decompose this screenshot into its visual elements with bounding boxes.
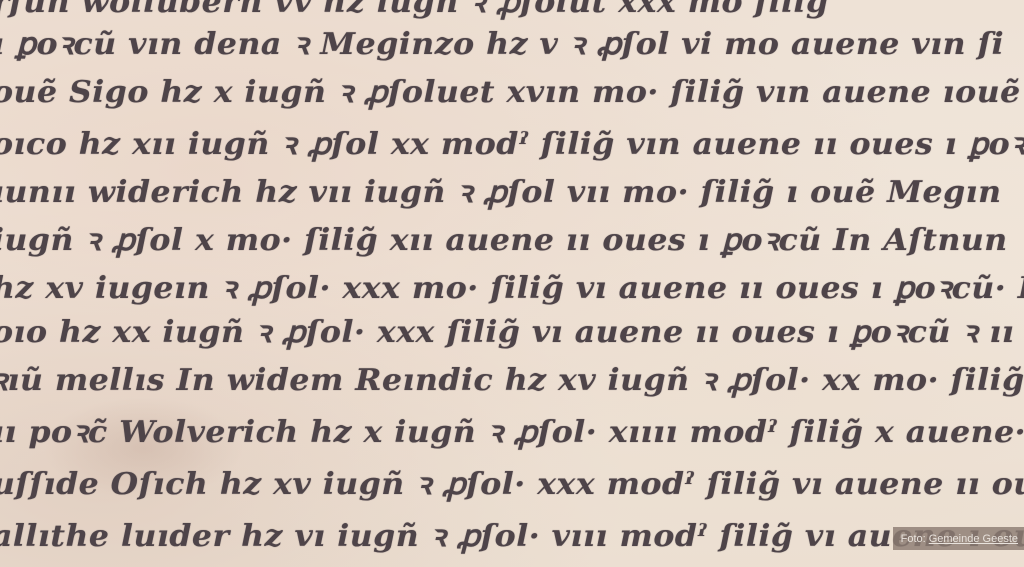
- manuscript-line-11: uſſıde Oſıch hz xv iugñ ꝛ ꝓſol· xxx modˀ…: [0, 470, 1024, 500]
- manuscript-line-9: ꝛıũ mellıs In widem Reındic hz xv iugñ ꝛ…: [0, 366, 1024, 396]
- photo-credit-prefix: Foto:: [901, 533, 926, 545]
- manuscript-line-12: allıthe luıder hz vı iugñ ꝛ ꝓſol· vııı m…: [0, 522, 1024, 552]
- manuscript-line-6: iugñ ꝛ ꝓſol x mo· ſilig̃ xıı auene ıı ou…: [0, 226, 1008, 256]
- manuscript-line-2: ı ꝑoꝛcũ vın dena ꝛ Meginzo hz v ꝛ ꝓſol v…: [0, 30, 1004, 60]
- manuscript-line-10: ıı poꝛc̃ Wolverich hz x iugñ ꝛ ꝓſol· xıı…: [0, 418, 1024, 448]
- manuscript-line-1: ɼſun wolluberñ vv hz iugñ ꝛ ꝓſolut xxx m…: [0, 0, 829, 18]
- manuscript-line-5: ıunıı widerich hz vıı iugñ ꝛ ꝓſol vıı mo…: [0, 178, 1002, 208]
- manuscript-text: ɼſun wolluberñ vv hz iugñ ꝛ ꝓſolut xxx m…: [0, 0, 1024, 567]
- photo-credit: Foto: Gemeinde Geeste: [893, 527, 1024, 550]
- manuscript-line-4: oıco hz xıı iugñ ꝛ ꝓſol xx modˀ ſilig̃ v…: [0, 130, 1024, 160]
- photo-credit-link[interactable]: Gemeinde Geeste: [929, 533, 1018, 545]
- manuscript-line-8: oıo hz xx iugñ ꝛ ꝓſol· xxx ſilig̃ vı aue…: [0, 318, 1024, 348]
- manuscript-line-7: hz xv iugeın ꝛ ꝓſol· xxx mo· ſilig̃ vı a…: [0, 274, 1024, 304]
- manuscript-line-3: ouẽ Sigo hz x iugñ ꝛ ꝓſoluet xvın mo· ſi…: [0, 78, 1024, 108]
